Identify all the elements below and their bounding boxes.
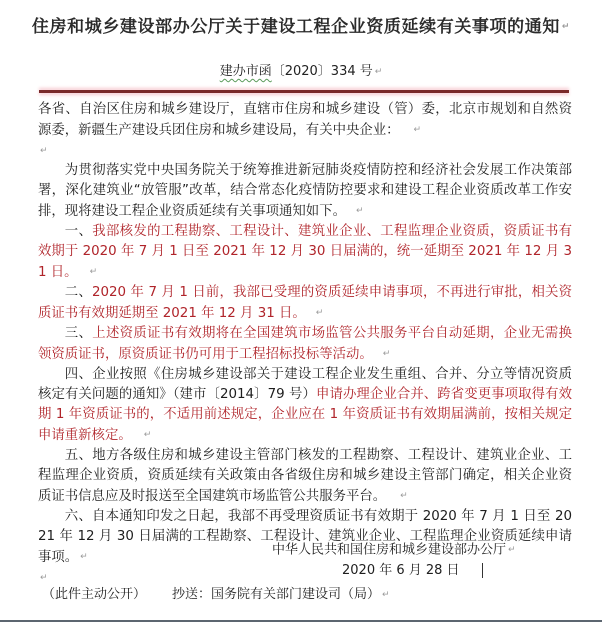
- intro-text: 为贯彻落实党中央国务院关于统筹推进新冠肺炎疫情防控和经济社会发展工作决策部署，深…: [38, 163, 572, 219]
- paragraph-mark-icon: ↵: [383, 349, 391, 359]
- document-page: 住房和城乡建设部办公厅关于建设工程企业资质延续有关事项的通知↵ 建办市函〔202…: [0, 0, 602, 620]
- signature-org-text: 中华人民共和国住房和城乡建设部办公厅: [272, 543, 506, 558]
- paragraph-mark-icon: ↵: [382, 590, 390, 600]
- item-number: 六、: [65, 509, 92, 524]
- document-title: 住房和城乡建设部办公厅关于建设工程企业资质延续有关事项的通知↵: [0, 12, 602, 37]
- cc-recipients: 抄送：国务院有关部门建设司（局）: [172, 587, 380, 602]
- paragraph-mark-icon: ↵: [562, 22, 570, 32]
- item-5: 五、地方各级住房和城乡建设主管部门核发的工程勘察、工程设计、建筑业企业、工程监理…: [38, 446, 572, 507]
- item-3: 三、上述资质证书有效期将在全国建筑市场监管公共服务平台自动延期，企业无需换领资质…: [38, 324, 572, 365]
- paragraph-mark-icon: ↵: [80, 552, 88, 562]
- text-cursor: [482, 563, 483, 578]
- item-number: 三、: [65, 326, 92, 341]
- paragraph-mark-icon: ↵: [90, 267, 98, 277]
- item-4: 四、企业按照《住房城乡建设部关于建设工程企业发生重组、合并、分立等情况资质核定有…: [38, 365, 572, 446]
- item-number: 五、: [65, 448, 92, 463]
- title-text: 住房和城乡建设部办公厅关于建设工程企业资质延续有关事项的通知: [32, 17, 560, 37]
- item-red-text: 上述资质证书有效期将在全国建筑市场监管公共服务平台自动延期，企业无需换领资质证书…: [38, 326, 572, 362]
- paragraph-mark-icon: ↵: [508, 545, 516, 555]
- item-number: 二、: [65, 285, 92, 300]
- item-red-text: 2020 年 7 月 1 日前，我部已受理的资质延续申请事项，不再进行审批，相关…: [38, 285, 572, 321]
- document-number: 建办市函〔2020〕334 号↵: [0, 60, 602, 79]
- disclosure-note: （此件主动公开）: [42, 587, 146, 602]
- signature-organization: 中华人民共和国住房和城乡建设部办公厅↵: [272, 540, 516, 561]
- paragraph-mark-icon: ↵: [400, 491, 408, 501]
- footer-line: （此件主动公开）抄送：国务院有关部门建设司（局）↵: [42, 583, 390, 602]
- paragraph-mark-icon: ↵: [356, 206, 364, 216]
- item-number: 一、: [65, 224, 92, 239]
- red-header-rule: [39, 90, 569, 93]
- item-number: 四、: [65, 367, 92, 382]
- addressee: 各省、自治区住房和城乡建设厅，直辖市住房和城乡建设（管）委，北京市规划和自然资源…: [38, 100, 572, 141]
- addressee-text: 各省、自治区住房和城乡建设厅，直辖市住房和城乡建设（管）委，北京市规划和自然资源…: [38, 102, 572, 138]
- blank-line: ↵: [38, 141, 572, 161]
- item-black-text: 地方各级住房和城乡建设主管部门核发的工程勘察、工程设计、建筑业企业、工程监理企业…: [38, 448, 572, 504]
- paragraph-mark-icon: ↵: [414, 125, 422, 135]
- intro-paragraph: 为贯彻落实党中央国务院关于统筹推进新冠肺炎疫情防控和经济社会发展工作决策部署，深…: [38, 161, 572, 222]
- signature-date-text: 2020 年 6 月 28 日: [342, 563, 460, 578]
- item-1: 一、我部核发的工程勘察、工程设计、建筑业企业、工程监理企业资质，资质证书有效期于…: [38, 222, 572, 283]
- item-red-text: 我部核发的工程勘察、工程设计、建筑业企业、工程监理企业资质，资质证书有效期于 2…: [38, 224, 572, 280]
- paragraph-mark-icon: ↵: [40, 146, 48, 156]
- item-2: 二、2020 年 7 月 1 日前，我部已受理的资质延续申请事项，不再进行审批，…: [38, 283, 572, 324]
- paragraph-mark-icon: ↵: [40, 573, 48, 583]
- paragraph-mark-icon: ↵: [375, 67, 383, 77]
- paragraph-mark-icon: ↵: [144, 430, 152, 440]
- document-body: 各省、自治区住房和城乡建设厅，直辖市住房和城乡建设（管）委，北京市规划和自然资源…: [38, 100, 572, 588]
- doc-number-prefix: 建办市函: [220, 64, 272, 79]
- doc-number-rest: 〔2020〕334 号: [272, 64, 373, 79]
- paragraph-mark-icon: ↵: [316, 308, 324, 318]
- signature-date: 2020 年 6 月 28 日: [342, 561, 483, 581]
